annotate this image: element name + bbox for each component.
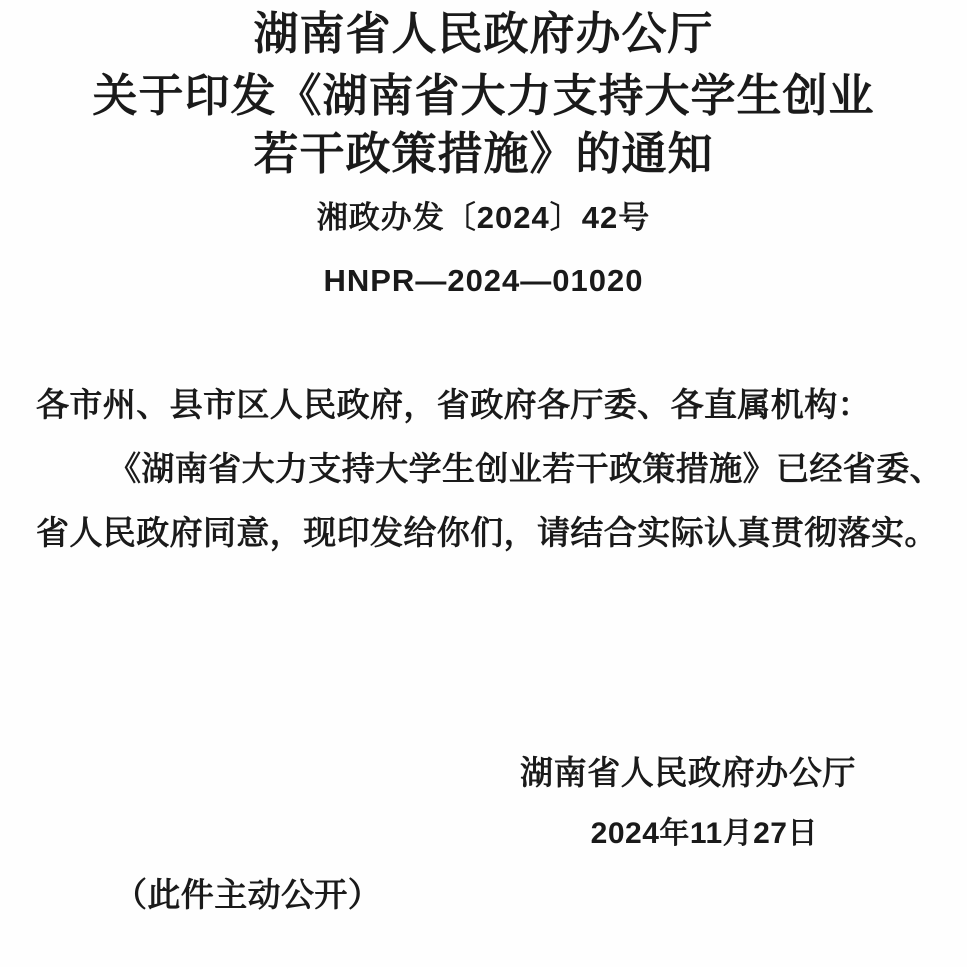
document-title-line-3: 若干政策措施》的通知 (0, 128, 967, 180)
registration-number: HNPR—2024—01020 (0, 263, 967, 299)
body-paragraph-line-2: 省人民政府同意，现印发给你们，请结合实际认真贯彻落实。 (36, 514, 938, 552)
document-number: 湘政办发〔2024〕42号 (0, 200, 967, 236)
document-title-line-2: 关于印发《湖南省大力支持大学生创业 (0, 70, 967, 122)
signature-date: 2024年11月27日 (591, 817, 818, 852)
disclosure-note: （此件主动公开） (114, 876, 381, 914)
salutation-line: 各市州、县市区人民政府，省政府各厅委、各直属机构： (36, 386, 871, 424)
signature-issuer: 湖南省人民政府办公厅 (520, 754, 856, 792)
document-title-line-1: 湖南省人民政府办公厅 (0, 8, 967, 60)
document-page: 湖南省人民政府办公厅 关于印发《湖南省大力支持大学生创业 若干政策措施》的通知 … (0, 0, 967, 967)
body-paragraph-line-1: 《湖南省大力支持大学生创业若干政策措施》已经省委、 (108, 450, 943, 488)
